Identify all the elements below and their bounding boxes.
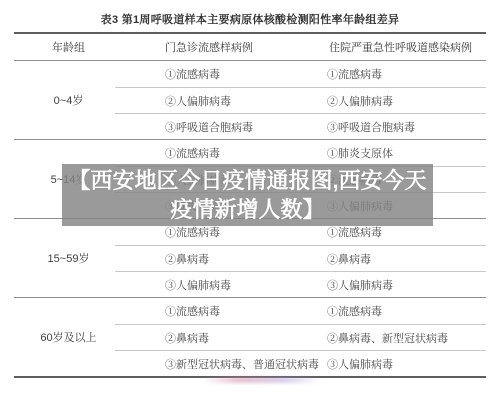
- outpatient-cell: ③人偏肺病毒: [115, 271, 325, 297]
- table-row-group-60-plus: 60岁及以上 ①流感病毒 ①流感病毒 ②鼻病毒 ②鼻病毒、新型冠状病毒 ③新型冠…: [14, 298, 486, 376]
- header-inpatient-sari: 住院严重急性呼吸道感染病例: [325, 39, 486, 55]
- watermark-text-line2: 疫情新增人数】: [62, 195, 433, 224]
- inpatient-cell: ①流感病毒: [325, 61, 486, 87]
- outpatient-cell: ①流感病毒: [115, 298, 325, 324]
- inpatient-cell: ③呼吸道合胞病毒: [325, 113, 486, 139]
- inpatient-cell: ②人偏肺病毒: [325, 87, 486, 113]
- inpatient-cell: ③人偏肺病毒: [325, 271, 486, 297]
- outpatient-cell: ③新型冠状病毒、普通冠状病毒: [115, 350, 325, 376]
- inpatient-cell: ②鼻病毒: [325, 245, 486, 271]
- inpatient-cell: ②鼻病毒、新型冠状病毒: [325, 324, 486, 350]
- header-outpatient-ili: 门急诊流感样病例: [115, 39, 325, 55]
- outpatient-cell: ②鼻病毒: [115, 245, 325, 271]
- header-age-group: 年龄组: [14, 39, 115, 55]
- outpatient-cell: ②鼻病毒: [115, 324, 325, 350]
- age-group-cell: 60岁及以上: [14, 298, 115, 376]
- inpatient-cell: ③人偏肺病毒: [325, 350, 486, 376]
- age-group-cell: 15~59岁: [14, 219, 115, 297]
- outpatient-cell: ①流感病毒: [115, 140, 325, 166]
- table-header-row: 年龄组 门急诊流感样病例 住院严重急性呼吸道感染病例: [14, 34, 486, 61]
- age-group-cell: 0~4岁: [14, 61, 115, 139]
- watermark-text-line1: 【西安地区今日疫情通报图,西安今天: [62, 166, 433, 195]
- watermark-overlay: 【西安地区今日疫情通报图,西安今天 疫情新增人数】: [62, 164, 433, 226]
- watermark-smudge: [203, 377, 321, 383]
- table-row-group-15-59: 15~59岁 ①流感病毒 ①流感病毒 ②鼻病毒 ②鼻病毒 ③人偏肺病毒 ③人偏肺…: [14, 219, 486, 298]
- table-title: 表3 第1周呼吸道样本主要病原体核酸检测阳性率年龄组差异: [0, 11, 500, 27]
- page-root: { "title": "表3 第1周呼吸道样本主要病原体核酸检测阳性率年龄组差异…: [0, 0, 500, 393]
- inpatient-cell: ①流感病毒: [325, 298, 486, 324]
- outpatient-cell: ③呼吸道合胞病毒: [115, 113, 325, 139]
- inpatient-cell: ①肺炎支原体: [325, 140, 486, 166]
- outpatient-cell: ①流感病毒: [115, 61, 325, 87]
- outpatient-cell: ②人偏肺病毒: [115, 87, 325, 113]
- table-row-group-0-4: 0~4岁 ①流感病毒 ①流感病毒 ②人偏肺病毒 ②人偏肺病毒 ③呼吸道合胞病毒 …: [14, 61, 486, 140]
